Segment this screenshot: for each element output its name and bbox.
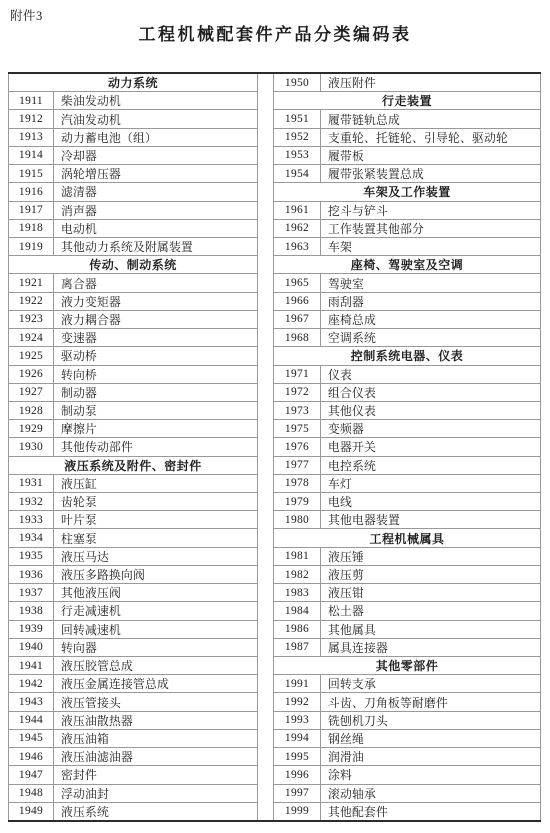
product-name: 液压马达: [54, 548, 257, 565]
product-code: 1928: [9, 402, 54, 419]
code-row: 1954履带张紧装置总成: [274, 165, 540, 183]
product-code: 1947: [9, 766, 54, 783]
code-row: 1938行走减速机: [9, 602, 257, 620]
code-row: 1939回转减速机: [9, 621, 257, 639]
product-name: 钢丝绳: [321, 730, 540, 747]
section-header-row: 其他零部件: [274, 657, 540, 675]
code-row: 1984松土器: [274, 602, 540, 620]
product-name: 汽油发动机: [54, 111, 257, 128]
section-header-row: 行走装置: [274, 92, 540, 110]
product-code: 1987: [274, 639, 321, 656]
code-row: 1986其他属具: [274, 621, 540, 639]
code-row: 1973其他仪表: [274, 402, 540, 420]
product-code: 1924: [9, 329, 54, 346]
product-code: 1937: [9, 584, 54, 601]
product-name: 仪表: [321, 366, 540, 383]
product-name: 涂料: [321, 766, 540, 783]
table-right-column: 1950液压附件行走装置1951履带链轨总成1952支重轮、托链轮、引导轮、驱动…: [273, 74, 541, 820]
code-row: 1967座椅总成: [274, 311, 540, 329]
product-code: 1921: [9, 274, 54, 291]
product-name: 履带张紧装置总成: [321, 165, 540, 182]
product-name: 其他电器装置: [321, 511, 540, 528]
code-row: 1971仪表: [274, 366, 540, 384]
code-row: 1952支重轮、托链轮、引导轮、驱动轮: [274, 129, 540, 147]
code-row: 1934柱塞泵: [9, 529, 257, 547]
product-code: 1992: [274, 693, 321, 710]
product-code: 1939: [9, 621, 54, 638]
code-row: 1949液压系统: [9, 803, 257, 820]
code-row: 1917消声器: [9, 202, 257, 220]
code-row: 1995润滑油: [274, 748, 540, 766]
section-header-row: 液压系统及附件、密封件: [9, 457, 257, 475]
code-row: 1965驾驶室: [274, 274, 540, 292]
section-header-label: 车架及工作装置: [363, 183, 451, 200]
code-row: 1933叶片泵: [9, 511, 257, 529]
product-name: 空调系统: [321, 329, 540, 346]
code-row: 1913动力蓄电池（组）: [9, 129, 257, 147]
section-header-label: 液压系统及附件、密封件: [64, 457, 202, 474]
code-row: 1999其他配套件: [274, 803, 540, 820]
code-row: 1921离合器: [9, 274, 257, 292]
section-header-row: 工程机械属具: [274, 529, 540, 547]
code-row: 1981液压锤: [274, 548, 540, 566]
product-code: 1972: [274, 384, 321, 401]
product-code: 1981: [274, 548, 321, 565]
product-code: 1925: [9, 347, 54, 364]
code-row: 1945液压油箱: [9, 730, 257, 748]
section-header-row: 座椅、驾驶室及空调: [274, 256, 540, 274]
product-code: 1997: [274, 785, 321, 802]
code-row: 1912汽油发动机: [9, 110, 257, 128]
code-row: 1918电动机: [9, 220, 257, 238]
code-row: 1923液力耦合器: [9, 311, 257, 329]
section-header-label: 动力系统: [108, 74, 158, 91]
product-code: 1984: [274, 602, 321, 619]
product-code: 1961: [274, 202, 321, 219]
product-code: 1980: [274, 511, 321, 528]
product-name: 其他传动部件: [54, 438, 257, 455]
product-code: 1991: [274, 675, 321, 692]
product-name: 液压管接头: [54, 694, 257, 711]
product-name: 座椅总成: [321, 311, 540, 328]
product-name: 组合仪表: [321, 384, 540, 401]
product-name: 支重轮、托链轮、引导轮、驱动轮: [321, 129, 540, 146]
table-column-gap: [258, 74, 273, 820]
product-code: 1931: [9, 475, 54, 492]
code-row: 1914冷却器: [9, 147, 257, 165]
product-code: 1918: [9, 220, 54, 237]
product-code: 1965: [274, 274, 321, 291]
code-row: 1950液压附件: [274, 74, 540, 92]
product-code: 1977: [274, 457, 321, 474]
product-name: 回转减速机: [54, 621, 257, 638]
product-name: 履带板: [321, 147, 540, 164]
product-code: 1911: [9, 92, 54, 109]
page-title: 工程机械配套件产品分类编码表: [0, 20, 550, 45]
product-name: 滚动轴承: [321, 785, 540, 802]
code-row: 1994钢丝绳: [274, 730, 540, 748]
product-name: 动力蓄电池（组）: [54, 129, 257, 146]
product-name: 车架: [321, 238, 540, 255]
product-name: 液压金属连接管总成: [54, 675, 257, 692]
product-name: 变频器: [321, 420, 540, 437]
product-code: 1935: [9, 548, 54, 565]
code-row: 1924变速器: [9, 329, 257, 347]
product-name: 电器开关: [321, 438, 540, 455]
section-header-label: 座椅、驾驶室及空调: [351, 256, 464, 273]
product-code: 1968: [274, 329, 321, 346]
product-name: 铣刨机刀头: [321, 712, 540, 729]
code-row: 1932齿轮泵: [9, 493, 257, 511]
product-code: 1943: [9, 693, 54, 710]
code-row: 1991回转支承: [274, 675, 540, 693]
product-name: 电控系统: [321, 457, 540, 474]
product-name: 工作装置其他部分: [321, 220, 540, 237]
code-row: 1927制动器: [9, 384, 257, 402]
product-code: 1917: [9, 202, 54, 219]
product-code: 1996: [274, 766, 321, 783]
code-row: 1977电控系统: [274, 457, 540, 475]
product-code: 1950: [274, 74, 321, 91]
code-row: 1972组合仪表: [274, 384, 540, 402]
code-row: 1928制动泵: [9, 402, 257, 420]
product-name: 液压油滤油器: [54, 748, 257, 765]
product-code: 1979: [274, 493, 321, 510]
product-name: 润滑油: [321, 748, 540, 765]
code-row: 1951履带链轨总成: [274, 110, 540, 128]
classification-table: 动力系统1911柴油发动机1912汽油发动机1913动力蓄电池（组）1914冷却…: [8, 72, 541, 822]
code-row: 1982液压剪: [274, 566, 540, 584]
product-code: 1916: [9, 183, 54, 200]
code-row: 1962工作装置其他部分: [274, 220, 540, 238]
product-code: 1953: [274, 147, 321, 164]
product-name: 驾驶室: [321, 275, 540, 292]
product-code: 1967: [274, 311, 321, 328]
product-name: 其他配套件: [321, 803, 540, 820]
product-name: 液压缸: [54, 475, 257, 492]
code-row: 1987属具连接器: [274, 639, 540, 657]
product-code: 1993: [274, 712, 321, 729]
product-name: 摩擦片: [54, 420, 257, 437]
product-name: 柴油发动机: [54, 92, 257, 109]
product-code: 1973: [274, 402, 321, 419]
section-header-row: 动力系统: [9, 74, 257, 92]
product-code: 1975: [274, 420, 321, 437]
section-header-label: 行走装置: [382, 92, 432, 109]
product-code: 1949: [9, 803, 54, 820]
product-name: 滤清器: [54, 183, 257, 200]
product-code: 1912: [9, 110, 54, 127]
product-code: 1927: [9, 384, 54, 401]
product-name: 柱塞泵: [54, 530, 257, 547]
product-name: 属具连接器: [321, 639, 540, 656]
product-code: 1915: [9, 165, 54, 182]
product-code: 1926: [9, 366, 54, 383]
code-row: 1922液力变矩器: [9, 293, 257, 311]
product-name: 斗齿、刀角板等耐磨件: [321, 694, 540, 711]
product-name: 涡轮增压器: [54, 165, 257, 182]
product-code: 1983: [274, 584, 321, 601]
code-row: 1942液压金属连接管总成: [9, 675, 257, 693]
code-row: 1978车灯: [274, 475, 540, 493]
product-name: 驱动桥: [54, 347, 257, 364]
product-name: 其他仪表: [321, 402, 540, 419]
product-name: 液压油散热器: [54, 712, 257, 729]
product-code: 1962: [274, 220, 321, 237]
product-name: 液压附件: [321, 74, 540, 91]
product-name: 液力变矩器: [54, 293, 257, 310]
product-code: 1942: [9, 675, 54, 692]
section-header-label: 控制系统电器、仪表: [351, 347, 464, 364]
code-row: 1937其他液压阀: [9, 584, 257, 602]
product-name: 电线: [321, 493, 540, 510]
product-code: 1913: [9, 129, 54, 146]
code-row: 1940转向器: [9, 639, 257, 657]
product-code: 1982: [274, 566, 321, 583]
product-name: 液压剪: [321, 566, 540, 583]
section-header-label: 其他零部件: [376, 657, 439, 674]
product-code: 1923: [9, 311, 54, 328]
product-code: 1948: [9, 785, 54, 802]
product-code: 1954: [274, 165, 321, 182]
product-name: 冷却器: [54, 147, 257, 164]
code-row: 1983液压钳: [274, 584, 540, 602]
code-row: 1997滚动轴承: [274, 785, 540, 803]
product-code: 1944: [9, 712, 54, 729]
code-row: 1948浮动油封: [9, 785, 257, 803]
product-code: 1978: [274, 475, 321, 492]
table-left-column: 动力系统1911柴油发动机1912汽油发动机1913动力蓄电池（组）1914冷却…: [8, 74, 258, 820]
product-name: 制动器: [54, 384, 257, 401]
code-row: 1925驱动桥: [9, 347, 257, 365]
section-header-row: 控制系统电器、仪表: [274, 347, 540, 365]
code-row: 1941液压胶管总成: [9, 657, 257, 675]
product-name: 液压油箱: [54, 730, 257, 747]
product-code: 1999: [274, 803, 321, 820]
code-row: 1943液压管接头: [9, 693, 257, 711]
product-name: 其他属具: [321, 621, 540, 638]
product-code: 1995: [274, 748, 321, 765]
product-name: 履带链轨总成: [321, 111, 540, 128]
product-name: 转向器: [54, 639, 257, 656]
code-row: 1911柴油发动机: [9, 92, 257, 110]
product-name: 浮动油封: [54, 785, 257, 802]
product-name: 叶片泵: [54, 511, 257, 528]
code-row: 1916滤清器: [9, 183, 257, 201]
product-code: 1919: [9, 238, 54, 255]
code-row: 1976电器开关: [274, 438, 540, 456]
product-name: 制动泵: [54, 402, 257, 419]
product-code: 1936: [9, 566, 54, 583]
product-name: 消声器: [54, 202, 257, 219]
code-row: 1961挖斗与铲斗: [274, 202, 540, 220]
product-name: 液压多路换向阀: [54, 566, 257, 583]
product-name: 行走减速机: [54, 602, 257, 619]
product-code: 1934: [9, 529, 54, 546]
product-code: 1952: [274, 129, 321, 146]
code-row: 1935液压马达: [9, 548, 257, 566]
product-name: 车灯: [321, 475, 540, 492]
product-name: 液力耦合器: [54, 311, 257, 328]
product-name: 液压胶管总成: [54, 657, 257, 674]
code-row: 1963车架: [274, 238, 540, 256]
product-code: 1945: [9, 730, 54, 747]
product-code: 1922: [9, 293, 54, 310]
code-row: 1944液压油散热器: [9, 712, 257, 730]
product-name: 齿轮泵: [54, 493, 257, 510]
code-row: 1968空调系统: [274, 329, 540, 347]
code-row: 1919其他动力系统及附属装置: [9, 238, 257, 256]
section-header-label: 工程机械属具: [369, 530, 444, 547]
code-row: 1996涂料: [274, 766, 540, 784]
code-row: 1930其他传动部件: [9, 438, 257, 456]
product-code: 1971: [274, 366, 321, 383]
product-code: 1929: [9, 420, 54, 437]
product-name: 松土器: [321, 602, 540, 619]
product-code: 1946: [9, 748, 54, 765]
product-code: 1976: [274, 438, 321, 455]
product-name: 密封件: [54, 766, 257, 783]
code-row: 1931液压缸: [9, 475, 257, 493]
code-row: 1929摩擦片: [9, 420, 257, 438]
product-code: 1951: [274, 110, 321, 127]
product-name: 电动机: [54, 220, 257, 237]
product-code: 1933: [9, 511, 54, 528]
product-code: 1966: [274, 293, 321, 310]
product-name: 变速器: [54, 329, 257, 346]
code-row: 1947密封件: [9, 766, 257, 784]
product-name: 回转支承: [321, 675, 540, 692]
product-name: 转向桥: [54, 366, 257, 383]
section-header-row: 车架及工作装置: [274, 183, 540, 201]
product-name: 其他液压阀: [54, 584, 257, 601]
product-code: 1941: [9, 657, 54, 674]
product-code: 1914: [9, 147, 54, 164]
product-name: 其他动力系统及附属装置: [54, 238, 257, 255]
code-row: 1993铣刨机刀头: [274, 712, 540, 730]
product-name: 雨刮器: [321, 293, 540, 310]
code-row: 1953履带板: [274, 147, 540, 165]
code-row: 1979电线: [274, 493, 540, 511]
product-name: 离合器: [54, 275, 257, 292]
code-row: 1936液压多路换向阀: [9, 566, 257, 584]
product-name: 液压系统: [54, 803, 257, 820]
code-row: 1975变频器: [274, 420, 540, 438]
code-row: 1926转向桥: [9, 366, 257, 384]
product-code: 1940: [9, 639, 54, 656]
product-name: 液压锤: [321, 548, 540, 565]
code-row: 1915涡轮增压器: [9, 165, 257, 183]
product-code: 1963: [274, 238, 321, 255]
section-header-row: 传动、制动系统: [9, 256, 257, 274]
product-code: 1938: [9, 602, 54, 619]
code-row: 1992斗齿、刀角板等耐磨件: [274, 693, 540, 711]
product-name: 液压钳: [321, 584, 540, 601]
product-code: 1994: [274, 730, 321, 747]
product-code: 1932: [9, 493, 54, 510]
product-name: 挖斗与铲斗: [321, 202, 540, 219]
product-code: 1986: [274, 621, 321, 638]
code-row: 1946液压油滤油器: [9, 748, 257, 766]
code-row: 1966雨刮器: [274, 293, 540, 311]
product-code: 1930: [9, 438, 54, 455]
code-row: 1980其他电器装置: [274, 511, 540, 529]
section-header-label: 传动、制动系统: [89, 256, 177, 273]
